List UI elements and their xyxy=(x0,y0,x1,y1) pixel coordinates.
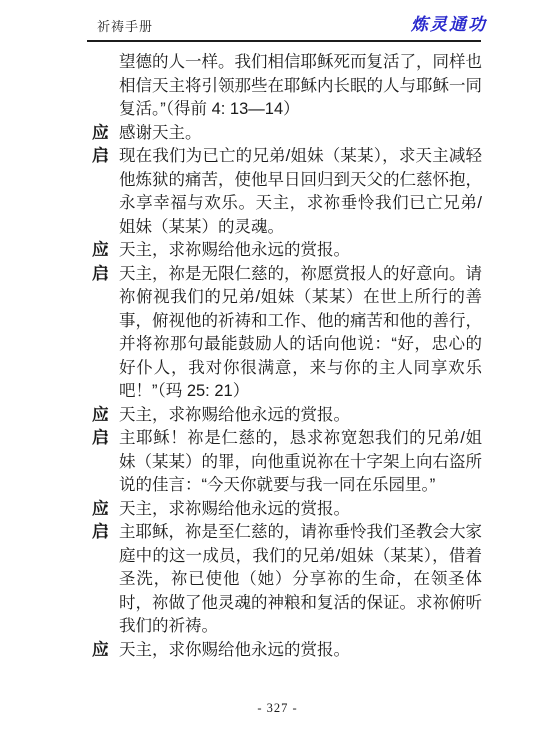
speaker-label: 启： xyxy=(92,521,119,545)
dialogue-entry: 望德的人一样。我们相信耶稣死而复活了，同样也相信天主将引领那些在耶稣内长眠的人与… xyxy=(92,51,482,122)
dialogue-text: 天主，求祢赐给他永远的赏报。 xyxy=(119,404,482,428)
dialogue-text: 天主，求祢赐给他永远的赏报。 xyxy=(119,498,482,522)
speaker-label: 启： xyxy=(92,145,119,169)
manual-title: 祈祷手册 xyxy=(87,16,153,35)
dialogue-text: 感谢天主。 xyxy=(119,122,482,146)
dialogue-text: 天主，求祢赐给他永远的赏报。 xyxy=(119,239,482,263)
page-number: - 327 - xyxy=(257,701,297,715)
dialogue-entry: 应： 天主，求祢赐给他永远的赏报。 xyxy=(92,239,482,263)
dialogue-list: 望德的人一样。我们相信耶稣死而复活了，同样也相信天主将引领那些在耶稣内长眠的人与… xyxy=(92,51,482,662)
speaker-label: 应： xyxy=(92,639,119,663)
dialogue-text: 望德的人一样。我们相信耶稣死而复活了，同样也相信天主将引领那些在耶稣内长眠的人与… xyxy=(119,51,482,122)
speaker-label: 启： xyxy=(92,427,119,451)
page-header: 祈祷手册 炼灵通功 xyxy=(87,16,481,42)
dialogue-entry: 启： 天主，祢是无限仁慈的，祢愿赏报人的好意向。请祢俯视我们的兄弟/姐妹（某某）… xyxy=(92,263,482,404)
dialogue-text: 主耶稣，祢是至仁慈的，请祢垂怜我们圣教会大家庭中的这一成员，我们的兄弟/姐妹（某… xyxy=(119,521,482,639)
speaker-label: 启： xyxy=(92,263,119,287)
dialogue-text: 主耶稣！祢是仁慈的，恳求祢宽恕我们的兄弟/姐妹（某某）的罪，向他重说祢在十字架上… xyxy=(119,427,482,498)
speaker-label: 应： xyxy=(92,122,119,146)
dialogue-entry: 启： 现在我们为已亡的兄弟/姐妹（某某），求天主减轻他炼狱的痛苦，使他早日回归到… xyxy=(92,145,482,239)
section-title: 炼灵通功 xyxy=(411,16,487,35)
dialogue-entry: 启： 主耶稣！祢是仁慈的，恳求祢宽恕我们的兄弟/姐妹（某某）的罪，向他重说祢在十… xyxy=(92,427,482,498)
dialogue-text: 天主，祢是无限仁慈的，祢愿赏报人的好意向。请祢俯视我们的兄弟/姐妹（某某）在世上… xyxy=(119,263,482,404)
dialogue-entry: 启： 主耶稣，祢是至仁慈的，请祢垂怜我们圣教会大家庭中的这一成员，我们的兄弟/姐… xyxy=(92,521,482,639)
dialogue-entry: 应： 感谢天主。 xyxy=(92,122,482,146)
speaker-label: 应： xyxy=(92,239,119,263)
speaker-label: 应： xyxy=(92,404,119,428)
dialogue-entry: 应： 天主，求祢赐给他永远的赏报。 xyxy=(92,404,482,428)
dialogue-entry: 应： 天主，求你赐给他永远的赏报。 xyxy=(92,639,482,663)
speaker-label: 应： xyxy=(92,498,119,522)
dialogue-entry: 应： 天主，求祢赐给他永远的赏报。 xyxy=(92,498,482,522)
dialogue-text: 天主，求你赐给他永远的赏报。 xyxy=(119,639,482,663)
dialogue-text: 现在我们为已亡的兄弟/姐妹（某某），求天主减轻他炼狱的痛苦，使他早日回归到天父的… xyxy=(119,145,482,239)
prayer-book-page: 祈祷手册 炼灵通功 望德的人一样。我们相信耶稣死而复活了，同样也相信天主将引领那… xyxy=(0,0,555,731)
page-footer: - 327 - xyxy=(0,701,555,716)
